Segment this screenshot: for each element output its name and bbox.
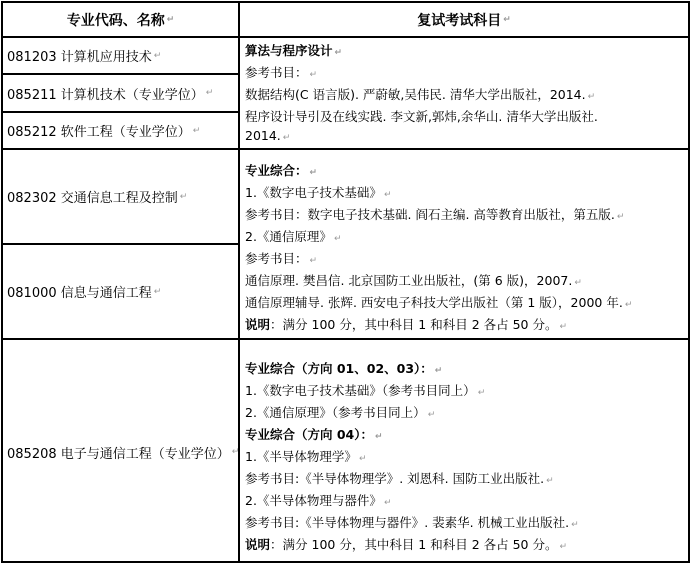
major-cell: 081000 信息与通信工程↵ (7, 245, 237, 338)
subject-title: 专业综合（方向 01、02、03）：↵ (245, 359, 689, 381)
paragraph-mark-icon: ↵ (283, 133, 291, 143)
major-cell: 085211 计算机技术（专业学位）↵ (7, 75, 237, 111)
subject-line: 2.《通信原理》（参考书目同上）↵ (245, 403, 689, 425)
header-major: 专业代码、名称↵ (3, 3, 238, 36)
note-line: 说明：满分 100 分，其中科目 1 和科目 2 各占 50 分。↵ (245, 535, 689, 557)
major-cell: 085212 软件工程（专业学位）↵ (7, 113, 237, 148)
paragraph-mark-icon: ↵ (571, 520, 579, 530)
exam-subjects-table: 专业代码、名称↵ 复试考试科目↵ 081203 计算机应用技术↵ 085211 … (1, 1, 690, 563)
paragraph-mark-icon: ↵ (310, 256, 318, 266)
paragraph-mark-icon: ↵ (310, 70, 318, 80)
paragraph-mark-icon: ↵ (335, 48, 343, 58)
subject-title: 专业综合（方向 04）：↵ (245, 425, 689, 447)
subjects-cell: 专业综合：↵ 1.《数字电子技术基础》↵ 参考书目：数字电子技术基础. 阎石主编… (245, 161, 689, 337)
paragraph-mark-icon: ↵ (206, 88, 214, 98)
paragraph-mark-icon: ↵ (559, 322, 567, 332)
paragraph-mark-icon: ↵ (154, 287, 162, 297)
subject-line: 2.《通信原理》↵ (245, 227, 689, 249)
paragraph-mark-icon: ↵ (180, 192, 188, 202)
paragraph-mark-icon: ↵ (478, 388, 486, 398)
paragraph-mark-icon: ↵ (435, 366, 443, 376)
paragraph-mark-icon: ↵ (384, 498, 392, 508)
subject-line: 参考书目：↵ (245, 249, 689, 271)
subject-line: 参考书目：↵ (245, 63, 689, 85)
header-major-label: 专业代码、名称 (67, 10, 165, 30)
subject-line: 通信原理. 樊昌信. 北京国防工业出版社，(第 6 版)，2007.↵ (245, 271, 689, 293)
paragraph-mark-icon: ↵ (232, 447, 240, 457)
major-cell: 081203 计算机应用技术↵ (7, 38, 237, 73)
major-name: 085211 计算机技术（专业学位） (7, 84, 204, 103)
paragraph-mark-icon: ↵ (546, 476, 554, 486)
paragraph-mark-icon: ↵ (559, 542, 567, 552)
major-name: 085212 软件工程（专业学位） (7, 121, 191, 140)
note-line: 说明：满分 100 分，其中科目 1 和科目 2 各占 50 分。↵ (245, 315, 689, 337)
subject-line: 1.《半导体物理学》↵ (245, 447, 689, 469)
major-cell: 082302 交通信息工程及控制↵ (7, 150, 237, 243)
subject-line: 2.《半导体物理与器件》↵ (245, 491, 689, 513)
subject-line: 1.《数字电子技术基础》（参考书目同上）↵ (245, 381, 689, 403)
major-name: 081000 信息与通信工程 (7, 282, 152, 301)
subject-line: 1.《数字电子技术基础》↵ (245, 183, 689, 205)
subject-title: 专业综合：↵ (245, 161, 689, 183)
paragraph-mark-icon: ↵ (625, 300, 633, 310)
paragraph-mark-icon: ↵ (154, 51, 162, 61)
paragraph-mark-icon: ↵ (384, 190, 392, 200)
subject-line: 数据结构(C 语言版). 严蔚敏,吴伟民. 清华大学出版社，2014.↵ (245, 85, 689, 107)
column-divider (238, 3, 240, 561)
paragraph-mark-icon: ↵ (574, 278, 582, 288)
paragraph-mark-icon: ↵ (359, 454, 367, 464)
paragraph-mark-icon: ↵ (193, 126, 201, 136)
paragraph-mark-icon: ↵ (167, 15, 175, 25)
subjects-cell: 专业综合（方向 01、02、03）：↵ 1.《数字电子技术基础》（参考书目同上）… (245, 359, 689, 557)
subject-line: 参考书目：数字电子技术基础. 阎石主编. 高等教育出版社，第五版.↵ (245, 205, 689, 227)
subject-line: 参考书目:《半导体物理学》. 刘恩科. 国防工业出版社.↵ (245, 469, 689, 491)
subjects-cell: 算法与程序设计↵ 参考书目：↵ 数据结构(C 语言版). 严蔚敏,吴伟民. 清华… (245, 41, 689, 148)
paragraph-mark-icon: ↵ (588, 92, 596, 102)
subject-line: 通信原理辅导. 张辉. 西安电子科技大学出版社（第 1 版），2000 年.↵ (245, 293, 689, 315)
major-name: 082302 交通信息工程及控制 (7, 187, 178, 206)
paragraph-mark-icon: ↵ (310, 168, 318, 178)
subject-title: 算法与程序设计↵ (245, 41, 689, 63)
header-subjects-label: 复试考试科目 (417, 10, 501, 30)
major-name: 085208 电子与通信工程（专业学位） (7, 443, 230, 462)
header-subjects: 复试考试科目↵ (240, 3, 688, 36)
paragraph-mark-icon: ↵ (334, 234, 342, 244)
paragraph-mark-icon: ↵ (617, 212, 625, 222)
subject-line: 程序设计导引及在线实践. 李文新,郭炜,余华山. 清华大学出版社. (245, 107, 689, 126)
major-cell: 085208 电子与通信工程（专业学位）↵ (7, 340, 237, 564)
subject-line: 2014.↵ (245, 126, 689, 148)
paragraph-mark-icon: ↵ (503, 15, 511, 25)
major-name: 081203 计算机应用技术 (7, 46, 152, 65)
paragraph-mark-icon: ↵ (428, 410, 436, 420)
paragraph-mark-icon: ↵ (375, 432, 383, 442)
subject-line: 参考书目:《半导体物理与器件》. 裴素华. 机械工业出版社.↵ (245, 513, 689, 535)
